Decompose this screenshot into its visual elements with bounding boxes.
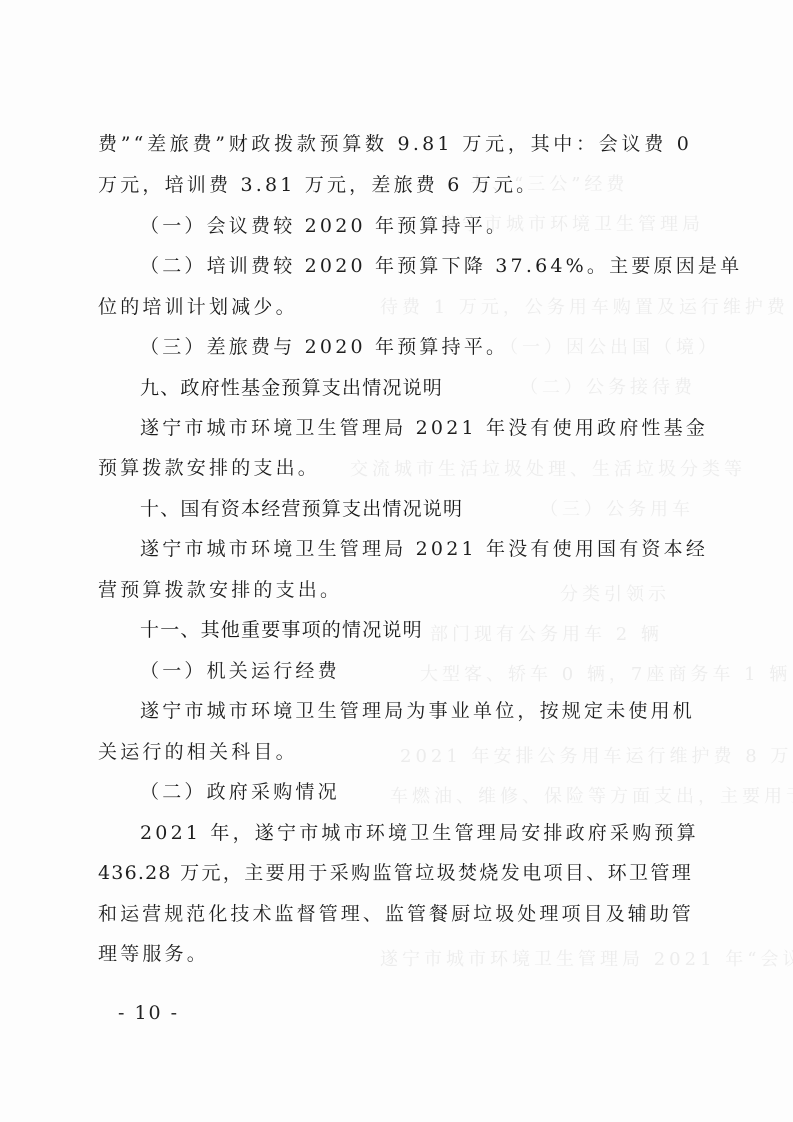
subsection-meeting-fee: （一）会议费较 2020 年预算持平。 bbox=[140, 214, 508, 238]
bleed-through-text: （二）公务接待费 bbox=[520, 373, 696, 399]
bleed-through-text: （一）因公出国（境） bbox=[500, 333, 720, 359]
subsection-training-fee: （二）培训费较 2020 年预算下降 37.64%。主要原因是单 bbox=[140, 254, 692, 278]
procurement-line-3: 和运营规范化技术监督管理、监管餐厨垃圾处理项目及辅助管 bbox=[98, 902, 692, 926]
section-10-paragraph-line-2: 营预算拨款安排的支出。 bbox=[98, 578, 342, 602]
bleed-through-text: 2021 年安排公务用车运行维护费 8 万元 bbox=[400, 742, 793, 768]
body-line-5: 位的培训计划减少。 bbox=[98, 295, 298, 319]
procurement-line-1: 2021 年，遂宁市城市环境卫生管理局安排政府采购预算 bbox=[140, 821, 692, 845]
procurement-line-2: 436.28 万元，主要用于采购监管垃圾焚烧发电项目、环卫管理 bbox=[98, 861, 692, 885]
page-number: - 10 - bbox=[118, 1002, 179, 1024]
section-9-paragraph-line-1: 遂宁市城市环境卫生管理局 2021 年没有使用政府性基金 bbox=[140, 416, 692, 440]
operating-expenses-line-1: 遂宁市城市环境卫生管理局为事业单位，按规定未使用机 bbox=[140, 699, 692, 723]
subsection-operating-expenses: （一）机关运行经费 bbox=[140, 659, 340, 683]
subsection-travel-fee: （三）差旅费与 2020 年预算持平。 bbox=[140, 335, 508, 359]
bleed-through-text: 待费 1 万元，公务用车购置及运行维护费 8 万元 bbox=[380, 293, 793, 319]
bleed-through-text: 部门现有公务用车 2 辆 bbox=[430, 620, 663, 646]
bleed-through-text: 车燃油、维修、保险等方面支出，主要用于监督检查垃圾 bbox=[390, 782, 793, 808]
body-line-2: 万元，培训费 3.81 万元，差旅费 6 万元。 bbox=[98, 173, 538, 197]
section-heading-10: 十、国有资本经营预算支出情况说明 bbox=[140, 497, 463, 521]
section-9-paragraph-line-2: 预算拨款安排的支出。 bbox=[98, 456, 320, 480]
section-10-paragraph-line-1: 遂宁市城市环境卫生管理局 2021 年没有使用国有资本经 bbox=[140, 537, 692, 561]
bleed-through-text: 遂宁市城市环境卫生管理局 2021 年“会议费” bbox=[380, 945, 793, 971]
bleed-through-text: （三）公务用车 bbox=[540, 495, 694, 521]
bleed-through-text: 分类引领示 bbox=[560, 580, 670, 606]
operating-expenses-line-2: 关运行的相关科目。 bbox=[98, 740, 298, 764]
subsection-procurement: （二）政府采购情况 bbox=[140, 780, 340, 804]
procurement-line-4: 理等服务。 bbox=[98, 942, 209, 966]
body-line-1: 费”“差旅费”财政拨款预算数 9.81 万元，其中：会议费 0 bbox=[98, 132, 692, 156]
bleed-through-text: 交流城市生活垃圾处理、生活垃圾分类等 bbox=[350, 455, 746, 481]
section-heading-11: 十一、其他重要事项的情况说明 bbox=[140, 618, 423, 642]
bleed-through-text: 大型客、轿车 0 辆，7座商务车 1 辆 bbox=[420, 660, 791, 686]
section-heading-9: 九、政府性基金预算支出情况说明 bbox=[140, 376, 443, 400]
